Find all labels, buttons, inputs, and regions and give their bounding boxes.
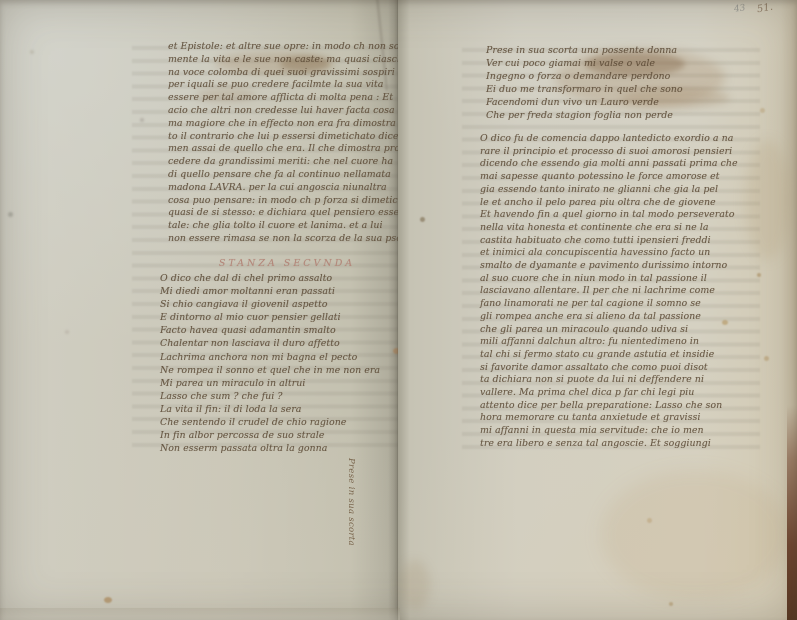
stanza-heading: STANZA SECVNDA bbox=[172, 258, 402, 269]
text-line: attento dice per bella preparatione: Las… bbox=[480, 400, 738, 413]
text-line: che gli parea un miracoulo quando udiva … bbox=[480, 324, 738, 337]
text-line: Lasso che sum ? che fui ? bbox=[160, 390, 380, 403]
left-poem: O dico che dal di chel primo assaltoMi d… bbox=[160, 272, 380, 455]
catchword-vertical: Prese in sua scorta bbox=[346, 458, 356, 546]
page-bottom-edge bbox=[0, 608, 400, 620]
text-line: ta dichiara non si puote da lui ni deffe… bbox=[480, 374, 738, 387]
text-line: Ingegno o forza o demandare perdono bbox=[486, 70, 683, 83]
text-line: Facendomi dun vivo un Lauro verde bbox=[486, 96, 683, 109]
fox-spot bbox=[65, 330, 69, 334]
text-line: nella vita honesta et continente che era… bbox=[480, 222, 738, 235]
left-prose-commentary: et Epistole: et altre sue opre: in modo … bbox=[168, 41, 421, 246]
text-line: mai sapesse quanto potessino le force am… bbox=[480, 171, 738, 184]
text-line: E dintorno al mio cuor pensier gellati bbox=[160, 311, 380, 324]
text-line: acio che altri non credesse lui haver fa… bbox=[168, 105, 421, 118]
text-line: tal chi si fermo stato cu grande astutia… bbox=[480, 349, 738, 362]
text-line: to il contrario che lui p essersi dimeti… bbox=[168, 131, 421, 144]
text-line: vallere. Ma prima chel dica p far chi le… bbox=[480, 387, 738, 400]
text-line: Et havendo fin a quel giorno in tal modo… bbox=[480, 209, 738, 222]
fox-spot bbox=[8, 212, 13, 217]
fox-spot bbox=[104, 597, 112, 603]
text-line: per iquali se puo credere facilmte la su… bbox=[168, 79, 421, 92]
folio-number-pencil: 43 bbox=[733, 3, 746, 14]
text-line: fano linamorati ne per tal cagione il so… bbox=[480, 298, 738, 311]
text-line: Mi diedi amor moltanni eran passati bbox=[160, 285, 380, 298]
text-line: La vita il fin: il di loda la sera bbox=[160, 403, 380, 416]
text-line: Lachrima anchora non mi bagna el pecto bbox=[160, 351, 380, 364]
text-line: men assai de quello che era. Il che dimo… bbox=[168, 143, 421, 156]
fox-spot bbox=[647, 518, 652, 523]
text-line: Che sentendo il crudel de chio ragione bbox=[160, 416, 380, 429]
stain bbox=[400, 560, 430, 610]
text-line: essere per tal amore afflicta di molta p… bbox=[168, 92, 421, 105]
text-line: tale: che glia tolto il cuore et lanima.… bbox=[168, 220, 421, 233]
text-line: le et ancho il pelo parea piu oltra che … bbox=[480, 197, 738, 210]
text-line: In fin albor percossa de suo strale bbox=[160, 429, 380, 442]
text-line: Facto havea quasi adamantin smalto bbox=[160, 324, 380, 337]
text-line: Chalentar non lasciava il duro affetto bbox=[160, 337, 380, 350]
text-line: lasciavano allentare. Il per che ni lach… bbox=[480, 285, 738, 298]
stain bbox=[600, 470, 790, 600]
fox-spot bbox=[30, 50, 34, 54]
text-line: O dico che dal di chel primo assalto bbox=[160, 272, 380, 285]
text-line: Si chio cangiava il giovenil aspetto bbox=[160, 298, 380, 311]
text-line: di quello pensare che fa al continuo nel… bbox=[168, 169, 421, 182]
text-line: Ver cui poco giamai mi valse o vale bbox=[486, 57, 683, 70]
text-line: rare il principio et processo di suoi am… bbox=[480, 146, 738, 159]
text-line: O dico fu de comencia dappo lantedicto e… bbox=[480, 133, 738, 146]
text-line: mi affanni in questa mia servitude: che … bbox=[480, 425, 738, 438]
text-line: al suo cuore che in niun modo in tal pas… bbox=[480, 273, 738, 286]
text-line: si favorite damor assaltato che como puo… bbox=[480, 362, 738, 375]
text-line: quasi de si stesso: e dichiara quel pens… bbox=[168, 207, 421, 220]
text-line: mili affanni dalchun altro: fu nientedim… bbox=[480, 336, 738, 349]
fox-spot bbox=[764, 356, 769, 361]
text-line: non essere rimasa se non la scorza de la… bbox=[168, 233, 421, 246]
fox-spot bbox=[669, 602, 673, 606]
text-line: Non esserm passata oltra la gonna bbox=[160, 442, 380, 455]
fox-spot bbox=[420, 217, 425, 222]
left-page: et Epistole: et altre sue opre: in modo … bbox=[0, 0, 398, 620]
manuscript-photo: et Epistole: et altre sue opre: in modo … bbox=[0, 0, 797, 620]
text-line: Che per freda stagion foglia non perde bbox=[486, 109, 683, 122]
text-line: ma magiore che in effecto non era fra di… bbox=[168, 118, 421, 131]
text-line: dicendo che essendo gia molti anni passa… bbox=[480, 158, 738, 171]
text-line: smalto de dyamante e pavimento durissimo… bbox=[480, 260, 738, 273]
text-line: hora memorare cu tanta anxietude et grav… bbox=[480, 412, 738, 425]
right-prose-commentary: O dico fu de comencia dappo lantedicto e… bbox=[480, 133, 738, 451]
text-line: madona LAVRA. per la cui angoscia niunal… bbox=[168, 182, 421, 195]
text-line: cedere da grandissimi meriti: che nel cu… bbox=[168, 156, 421, 169]
text-line: cosa puo pensare: in modo ch p forza si … bbox=[168, 195, 421, 208]
text-line: et inimici ala concupiscentia havessino … bbox=[480, 247, 738, 260]
text-line: castita habituato che como tutti ipensie… bbox=[480, 235, 738, 248]
text-line: Prese in sua scorta una possente donna bbox=[486, 44, 683, 57]
text-line: tre era libero e senza tal angoscie. Et … bbox=[480, 438, 738, 451]
fox-spot bbox=[760, 108, 765, 113]
book-fore-edge bbox=[787, 405, 797, 620]
text-line: Ei duo me transformaro in quel che sono bbox=[486, 83, 683, 96]
right-poem: Prese in sua scorta una possente donnaVe… bbox=[486, 44, 683, 123]
text-line: gia essendo tanto inirato ne glianni che… bbox=[480, 184, 738, 197]
text-line: Ne rompea il sonno et quel che in me non… bbox=[160, 364, 380, 377]
text-line: gli rompea anche era si alieno da tal pa… bbox=[480, 311, 738, 324]
text-line: Mi parea un miraculo in altrui bbox=[160, 377, 380, 390]
